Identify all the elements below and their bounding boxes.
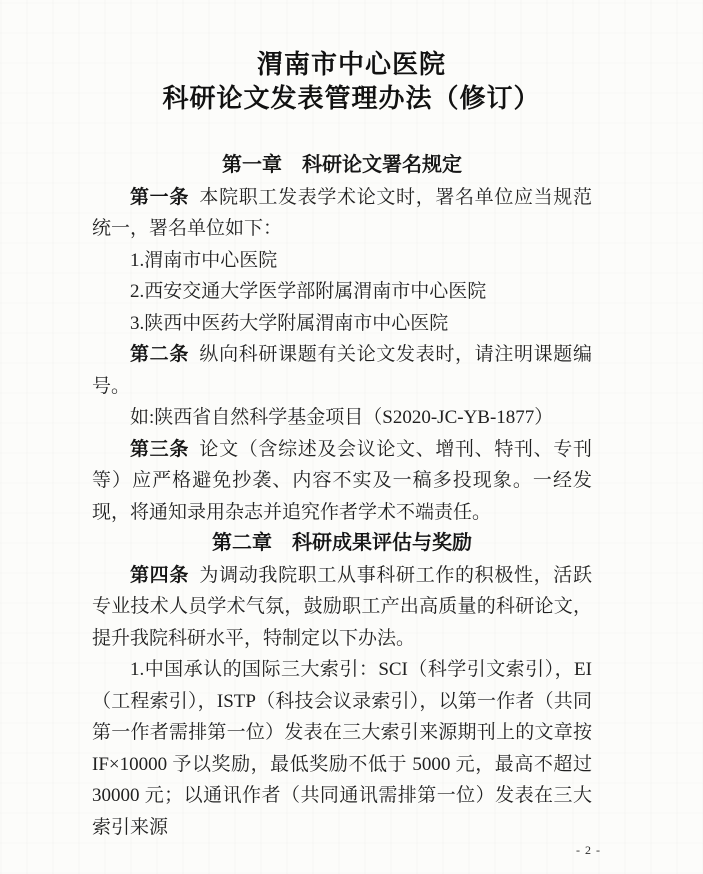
title-line-2: 科研论文发表管理办法（修订）	[0, 82, 703, 116]
chapter-2-heading: 第二章 科研成果评估与奖励	[92, 528, 592, 560]
article-1-paragraph: 第一条本院职工发表学术论文时，署名单位应当规范统一，署名单位如下：	[92, 182, 592, 245]
document-page: 渭南市中心医院 科研论文发表管理办法（修订） 第一章 科研论文署名规定 第一条本…	[0, 0, 703, 874]
document-title: 渭南市中心医院 科研论文发表管理办法（修订）	[0, 48, 703, 116]
article-4-label: 第四条	[130, 565, 189, 586]
title-line-1: 渭南市中心医院	[0, 48, 703, 82]
article-2-example: 如:陕西省自然科学基金项目（S2020-JC-YB-1877）	[92, 402, 592, 434]
page-number: - 2 -	[576, 843, 601, 857]
reward-item-1: 1.中国承认的国际三大索引：SCI（科学引文索引），EI（工程索引），ISTP（…	[92, 654, 592, 843]
document-body: 第一章 科研论文署名规定 第一条本院职工发表学术论文时，署名单位应当规范统一，署…	[92, 150, 592, 843]
article-3-label: 第三条	[130, 439, 189, 460]
article-2-label: 第二条	[130, 344, 189, 365]
article-3-paragraph: 第三条论文（含综述及会议论文、增刊、特刊、专刊等）应严格避免抄袭、内容不实及一稿…	[92, 434, 592, 529]
article-2-paragraph: 第二条纵向科研课题有关论文发表时，请注明课题编号。	[92, 339, 592, 402]
affiliation-item-2: 2.西安交通大学医学部附属渭南市中心医院	[92, 276, 592, 308]
affiliation-item-1: 1.渭南市中心医院	[92, 245, 592, 277]
chapter-1-heading: 第一章 科研论文署名规定	[92, 150, 592, 182]
article-1-label: 第一条	[130, 187, 189, 208]
article-4-paragraph: 第四条为调动我院职工从事科研工作的积极性，活跃专业技术人员学术气氛，鼓励职工产出…	[92, 560, 592, 655]
affiliation-item-3: 3.陕西中医药大学附属渭南市中心医院	[92, 308, 592, 340]
